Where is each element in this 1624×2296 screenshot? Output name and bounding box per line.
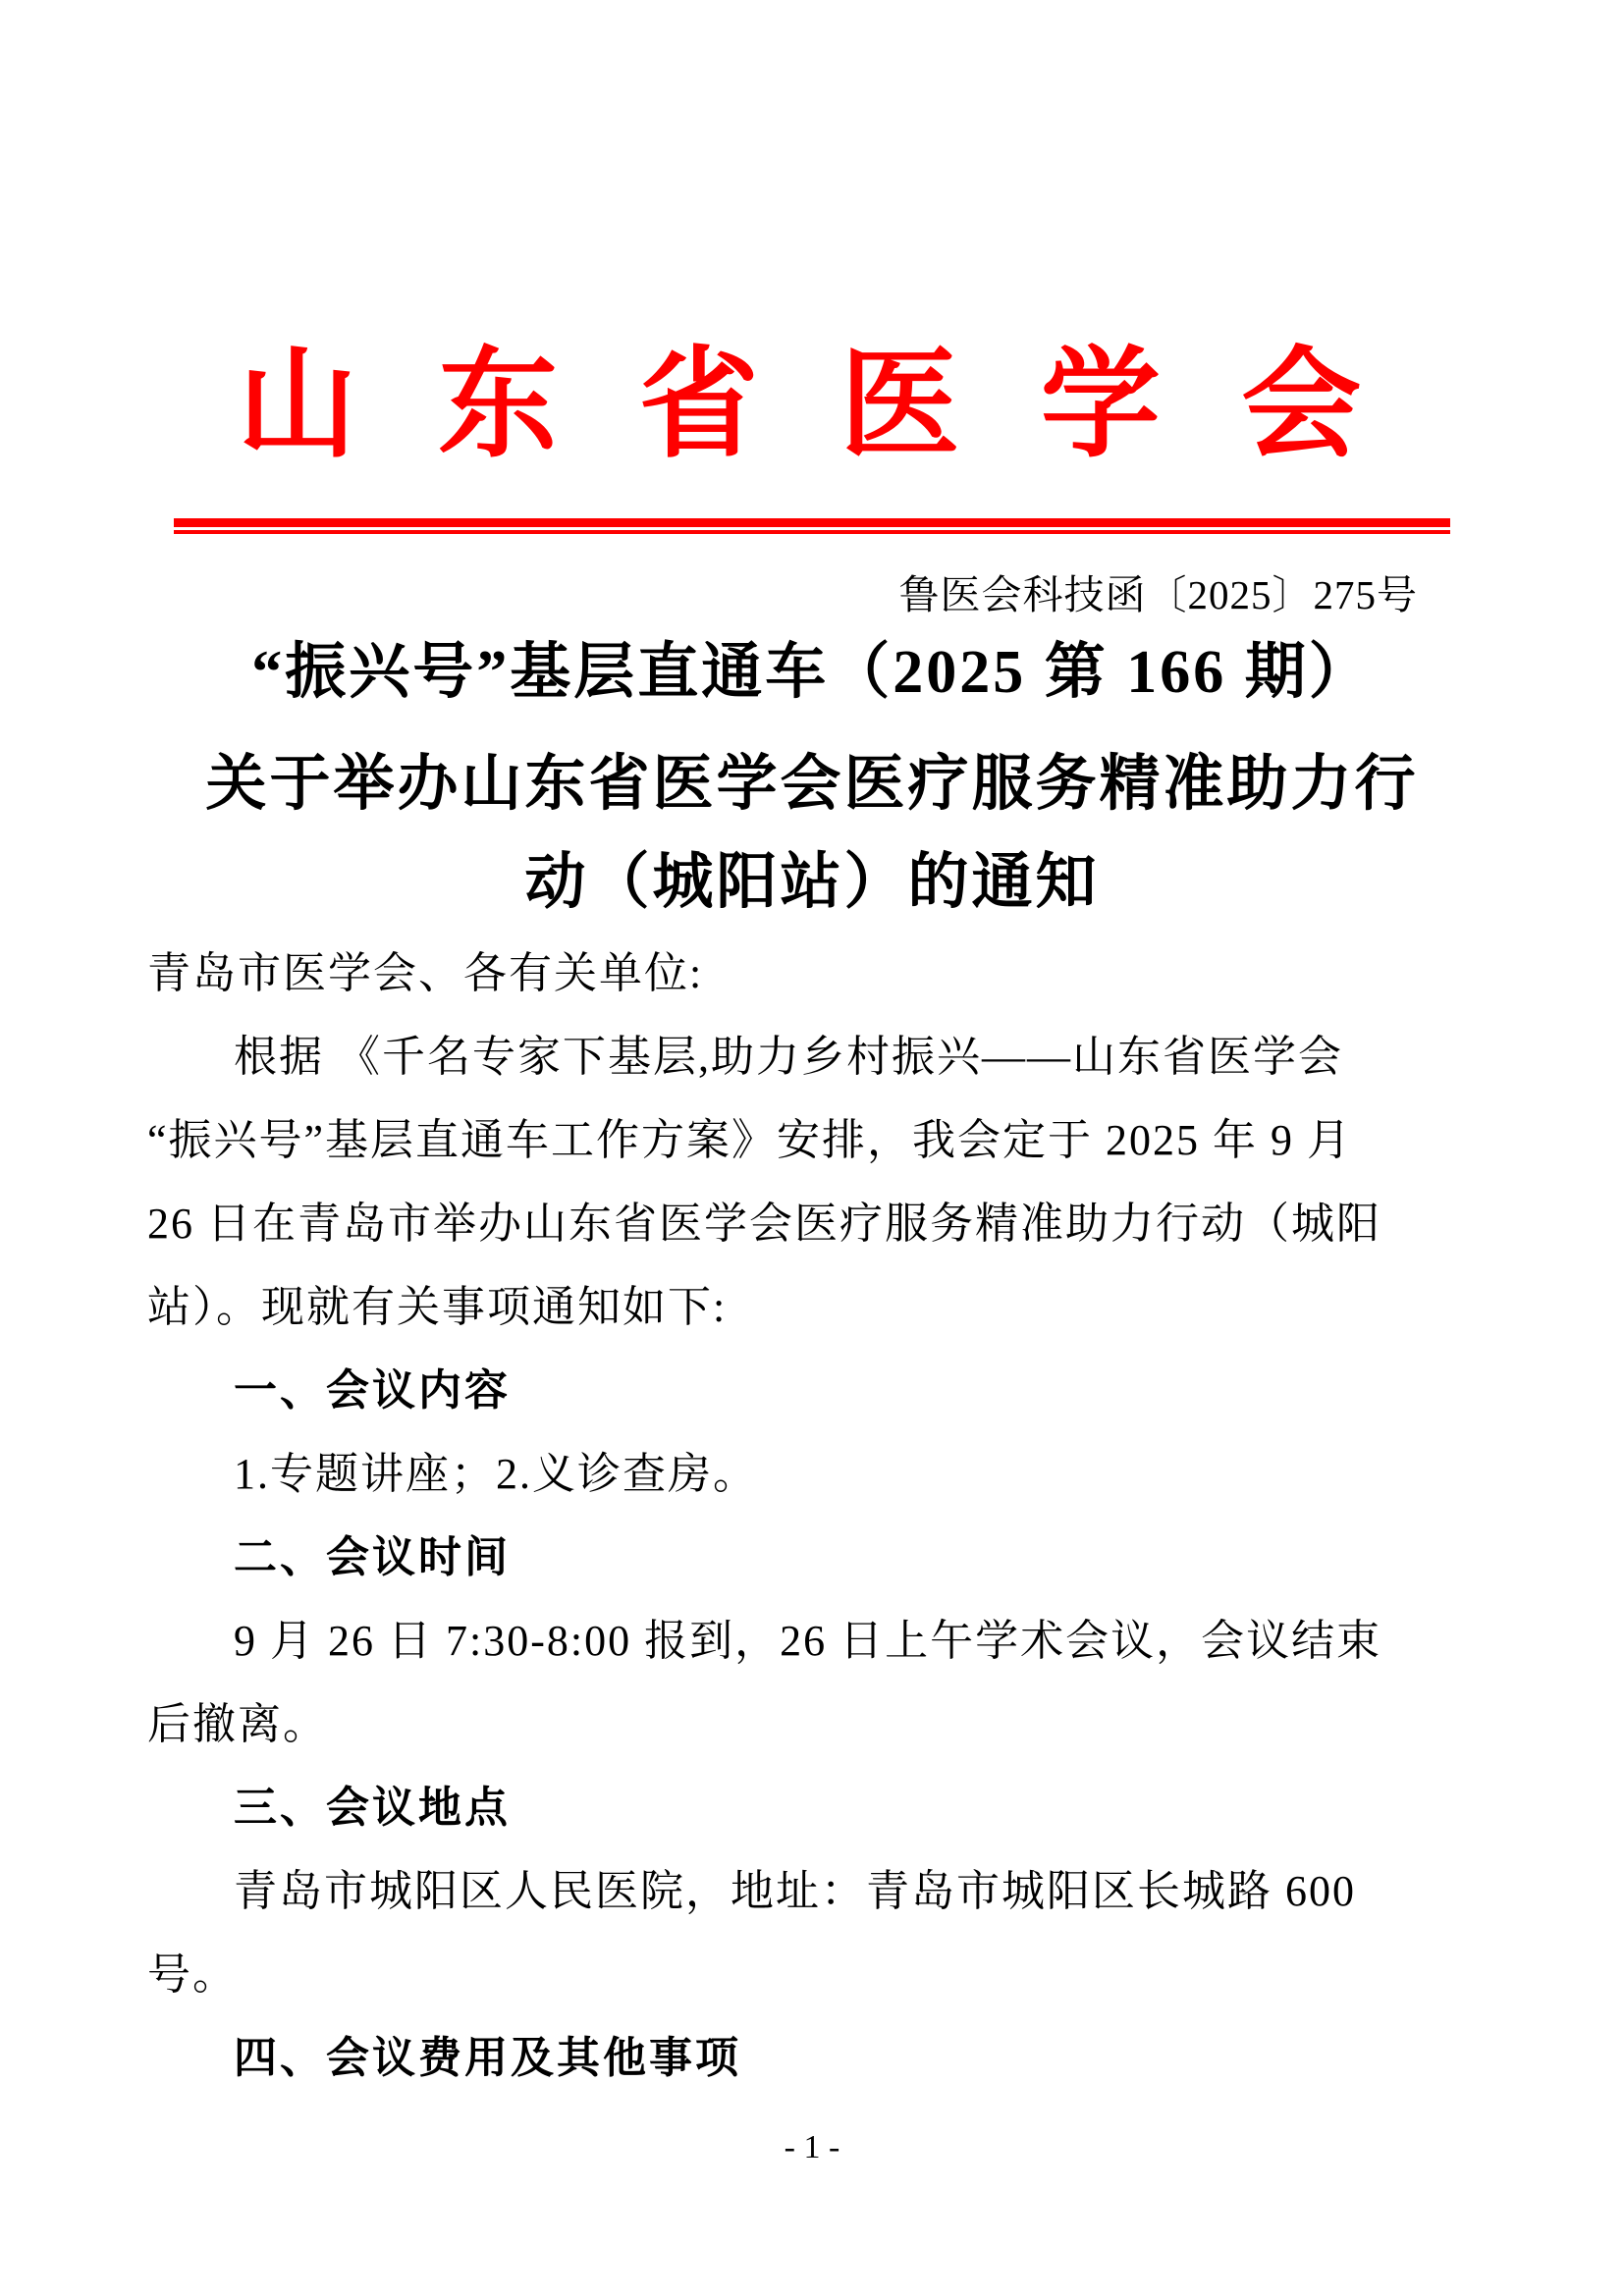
body-line: 号。 (147, 1933, 1473, 2016)
section-heading-3: 三、会议地点 (147, 1766, 1473, 1849)
document-page: 山 东 省 医 学 会 鲁医会科技函〔2025〕275号 “振兴号”基层直通车（… (0, 0, 1624, 2296)
body-line: 9 月 26 日 7:30-8:00 报到，26 日上午学术会议，会议结束 (147, 1599, 1473, 1682)
notice-title-line-2: 关于举办山东省医学会医疗服务精准助力行 (0, 735, 1624, 833)
notice-title-line-3: 动（城阳站）的通知 (0, 833, 1624, 932)
body-line: 站）。现就有关事项通知如下: (147, 1265, 1473, 1349)
body-line: 1.专题讲座；2.义诊查房。 (147, 1432, 1473, 1516)
red-divider-thick-bar (174, 518, 1450, 527)
body-line: 26 日在青岛市举办山东省医学会医疗服务精准助力行动（城阳 (147, 1182, 1473, 1265)
body-line: “振兴号”基层直通车工作方案》安排，我会定于 2025 年 9 月 (147, 1098, 1473, 1182)
section-heading-4: 四、会议费用及其他事项 (147, 2016, 1473, 2100)
red-divider (174, 518, 1450, 534)
notice-title-line-1: “振兴号”基层直通车（2025 第 166 期） (0, 623, 1624, 721)
notice-title: “振兴号”基层直通车（2025 第 166 期） 关于举办山东省医学会医疗服务精… (0, 623, 1624, 932)
body-line: 后撤离。 (147, 1682, 1473, 1766)
section-heading-2: 二、会议时间 (147, 1516, 1473, 1599)
notice-body: 青岛市医学会、各有关单位: 根据 《千名专家下基层,助力乡村振兴——山东省医学会… (0, 932, 1624, 2100)
body-line: 根据 《千名专家下基层,助力乡村振兴——山东省医学会 (147, 1015, 1473, 1098)
body-line-salutation: 青岛市医学会、各有关单位: (147, 932, 1473, 1015)
body-line: 青岛市城阳区人民医院，地址：青岛市城阳区长城路 600 (147, 1849, 1473, 1933)
red-divider-thin-bar (174, 530, 1450, 534)
document-number: 鲁医会科技函〔2025〕275号 (0, 571, 1624, 618)
section-heading-1: 一、会议内容 (147, 1349, 1473, 1432)
letterhead: 山 东 省 医 学 会 (0, 0, 1624, 534)
organization-title: 山 东 省 医 学 会 (0, 339, 1624, 474)
page-number: - 1 - (0, 2128, 1624, 2167)
